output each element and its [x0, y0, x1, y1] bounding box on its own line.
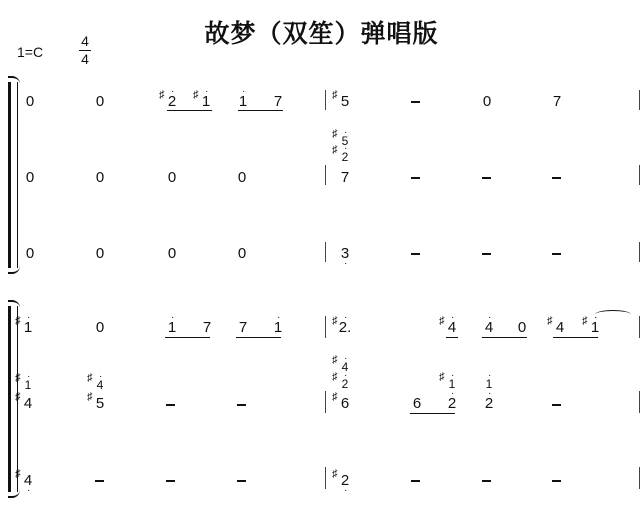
note: 6	[410, 396, 424, 412]
note: ♯·4	[445, 320, 459, 336]
barline	[325, 90, 326, 110]
note: 0	[23, 246, 37, 262]
note: ♯·2	[338, 378, 352, 390]
barline	[639, 391, 640, 413]
note: 0	[93, 94, 107, 110]
dash	[411, 177, 420, 179]
note: 7	[550, 94, 564, 110]
note: ·4	[482, 320, 496, 336]
dash	[482, 177, 491, 179]
note: ♯·2.	[338, 320, 352, 336]
dash	[552, 253, 561, 255]
note: ♯·2	[338, 151, 352, 163]
underline	[238, 110, 283, 111]
dash	[552, 404, 561, 406]
dash	[482, 253, 491, 255]
note: ♯·1	[588, 320, 602, 336]
barline	[325, 242, 326, 262]
barline	[325, 165, 326, 185]
dash	[411, 480, 420, 482]
underline	[446, 337, 458, 338]
note: 0	[165, 246, 179, 262]
note: ·2	[445, 396, 459, 412]
note: 3·	[338, 246, 352, 262]
note: ♯·1	[21, 320, 35, 336]
barline	[639, 90, 640, 110]
note: 0	[93, 320, 107, 336]
dash	[166, 404, 175, 406]
note: ♯·1	[199, 94, 213, 110]
note: 0	[93, 170, 107, 186]
underline	[482, 337, 527, 338]
dash	[482, 480, 491, 482]
underline	[553, 337, 598, 338]
note: 7	[338, 170, 352, 186]
note: 7	[200, 320, 214, 336]
note: ·2	[482, 396, 496, 412]
note: 0	[480, 94, 494, 110]
note: ♯4	[553, 320, 567, 336]
barline	[325, 391, 326, 413]
time-signature: 4 4	[78, 33, 92, 68]
tie	[595, 310, 631, 319]
dash	[411, 101, 420, 103]
note: ♯2·	[338, 473, 352, 489]
key-signature: 1=C	[17, 44, 43, 60]
note: 0	[515, 320, 529, 336]
dash	[95, 480, 104, 482]
time-signature-top: 4	[78, 33, 92, 50]
note: ♯·4	[93, 379, 107, 391]
note: 0	[165, 170, 179, 186]
note: ♯·1	[21, 379, 35, 391]
note: 0	[235, 170, 249, 186]
underline	[410, 413, 455, 414]
time-signature-bottom: 4	[78, 51, 92, 68]
dash	[552, 177, 561, 179]
note: 0	[93, 246, 107, 262]
barline	[325, 316, 326, 338]
note: ·1	[165, 320, 179, 336]
system-bracket	[8, 82, 18, 268]
dash	[411, 253, 420, 255]
underline	[165, 337, 210, 338]
note: 0	[235, 246, 249, 262]
barline	[639, 242, 640, 262]
note: ·1	[236, 94, 250, 110]
note: ♯5	[338, 94, 352, 110]
dash	[237, 404, 246, 406]
dash	[237, 480, 246, 482]
note: ·1	[271, 320, 285, 336]
barline	[639, 467, 640, 489]
underline	[167, 110, 212, 111]
note: 7	[271, 94, 285, 110]
note: ♯·1	[445, 378, 459, 390]
note: ♯·2	[165, 94, 179, 110]
note: 0	[23, 94, 37, 110]
note: ♯4	[21, 396, 35, 412]
dash	[552, 480, 561, 482]
barline	[639, 165, 640, 185]
note: ♯4·	[21, 473, 35, 489]
score-title: 故梦（双笙）弹唱版	[0, 14, 643, 50]
barline	[325, 467, 326, 489]
note: ♯6	[338, 396, 352, 412]
dash	[166, 480, 175, 482]
note: 0	[23, 170, 37, 186]
barline	[639, 316, 640, 338]
note: ♯5	[93, 396, 107, 412]
underline	[236, 337, 281, 338]
note: 7	[236, 320, 250, 336]
